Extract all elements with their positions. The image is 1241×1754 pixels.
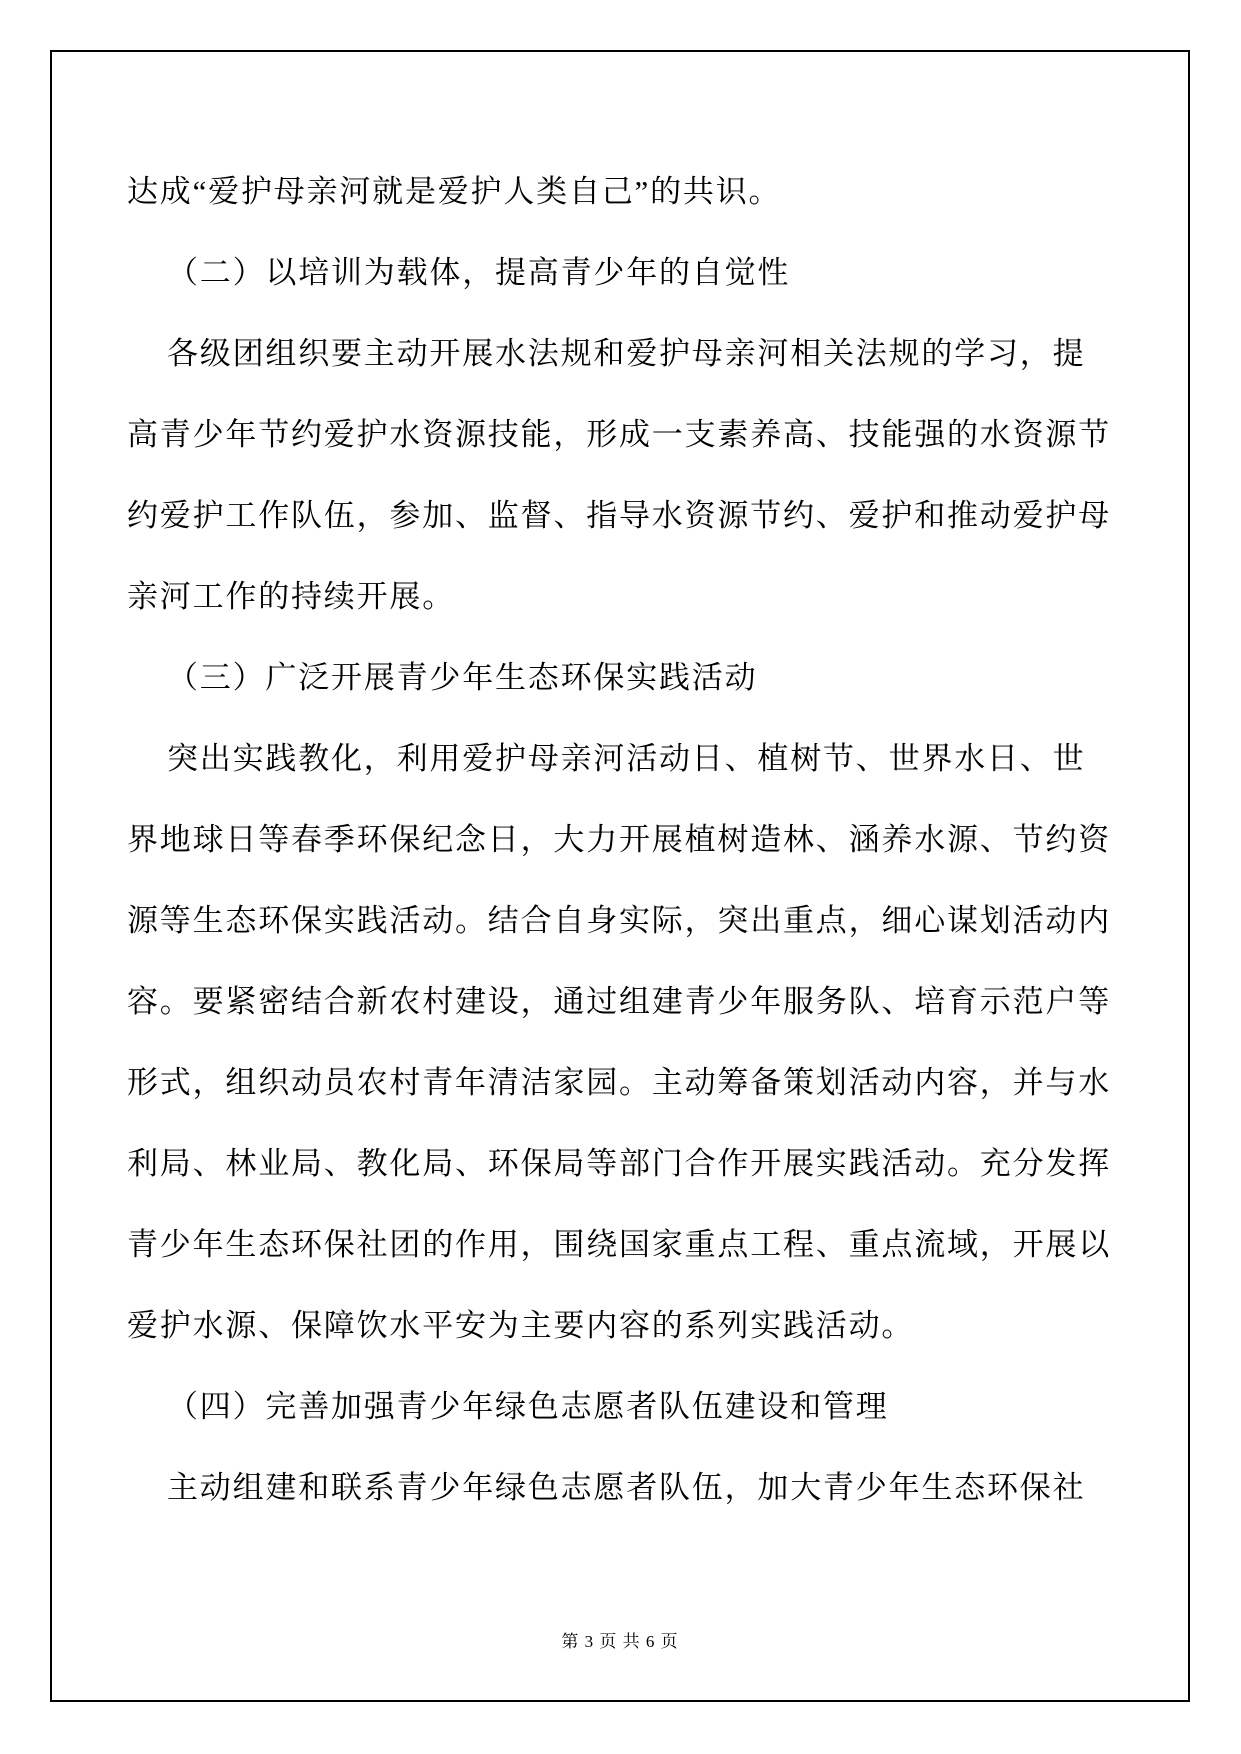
text-line: 源等生态环保实践活动。结合自身实际，突出重点，细心谋划活动内 xyxy=(127,880,1117,961)
section-heading: （二）以培训为载体，提高青少年的自觉性 xyxy=(127,232,1117,313)
section-heading: （四）完善加强青少年绿色志愿者队伍建设和管理 xyxy=(127,1366,1117,1447)
text-line: 容。要紧密结合新农村建设，通过组建青少年服务队、培育示范户等 xyxy=(127,961,1117,1042)
page-content: 达成“爱护母亲河就是爱护人类自己”的共识。 （二）以培训为载体，提高青少年的自觉… xyxy=(127,151,1117,1528)
document-page: 达成“爱护母亲河就是爱护人类自己”的共识。 （二）以培训为载体，提高青少年的自觉… xyxy=(0,0,1241,1754)
text-line: 利局、林业局、教化局、环保局等部门合作开展实践活动。充分发挥 xyxy=(127,1123,1117,1204)
text-line: 爱护水源、保障饮水平安为主要内容的系列实践活动。 xyxy=(127,1285,1117,1366)
page-number: 第 3 页 共 6 页 xyxy=(52,1627,1188,1652)
text-line: 界地球日等春季环保纪念日，大力开展植树造林、涵养水源、节约资 xyxy=(127,799,1117,880)
text-line: 突出实践教化，利用爱护母亲河活动日、植树节、世界水日、世 xyxy=(127,718,1117,799)
text-line: 各级团组织要主动开展水法规和爱护母亲河相关法规的学习，提 xyxy=(127,313,1117,394)
text-line: 主动组建和联系青少年绿色志愿者队伍，加大青少年生态环保社 xyxy=(127,1447,1117,1528)
text-line: 形式，组织动员农村青年清洁家园。主动筹备策划活动内容，并与水 xyxy=(127,1042,1117,1123)
text-line: 达成“爱护母亲河就是爱护人类自己”的共识。 xyxy=(127,151,1117,232)
text-line: 高青少年节约爱护水资源技能，形成一支素养高、技能强的水资源节 xyxy=(127,394,1117,475)
section-heading: （三）广泛开展青少年生态环保实践活动 xyxy=(127,637,1117,718)
page-border: 达成“爱护母亲河就是爱护人类自己”的共识。 （二）以培训为载体，提高青少年的自觉… xyxy=(50,50,1190,1702)
text-line: 约爱护工作队伍，参加、监督、指导水资源节约、爱护和推动爱护母 xyxy=(127,475,1117,556)
text-line: 亲河工作的持续开展。 xyxy=(127,556,1117,637)
text-line: 青少年生态环保社团的作用，围绕国家重点工程、重点流域，开展以 xyxy=(127,1204,1117,1285)
